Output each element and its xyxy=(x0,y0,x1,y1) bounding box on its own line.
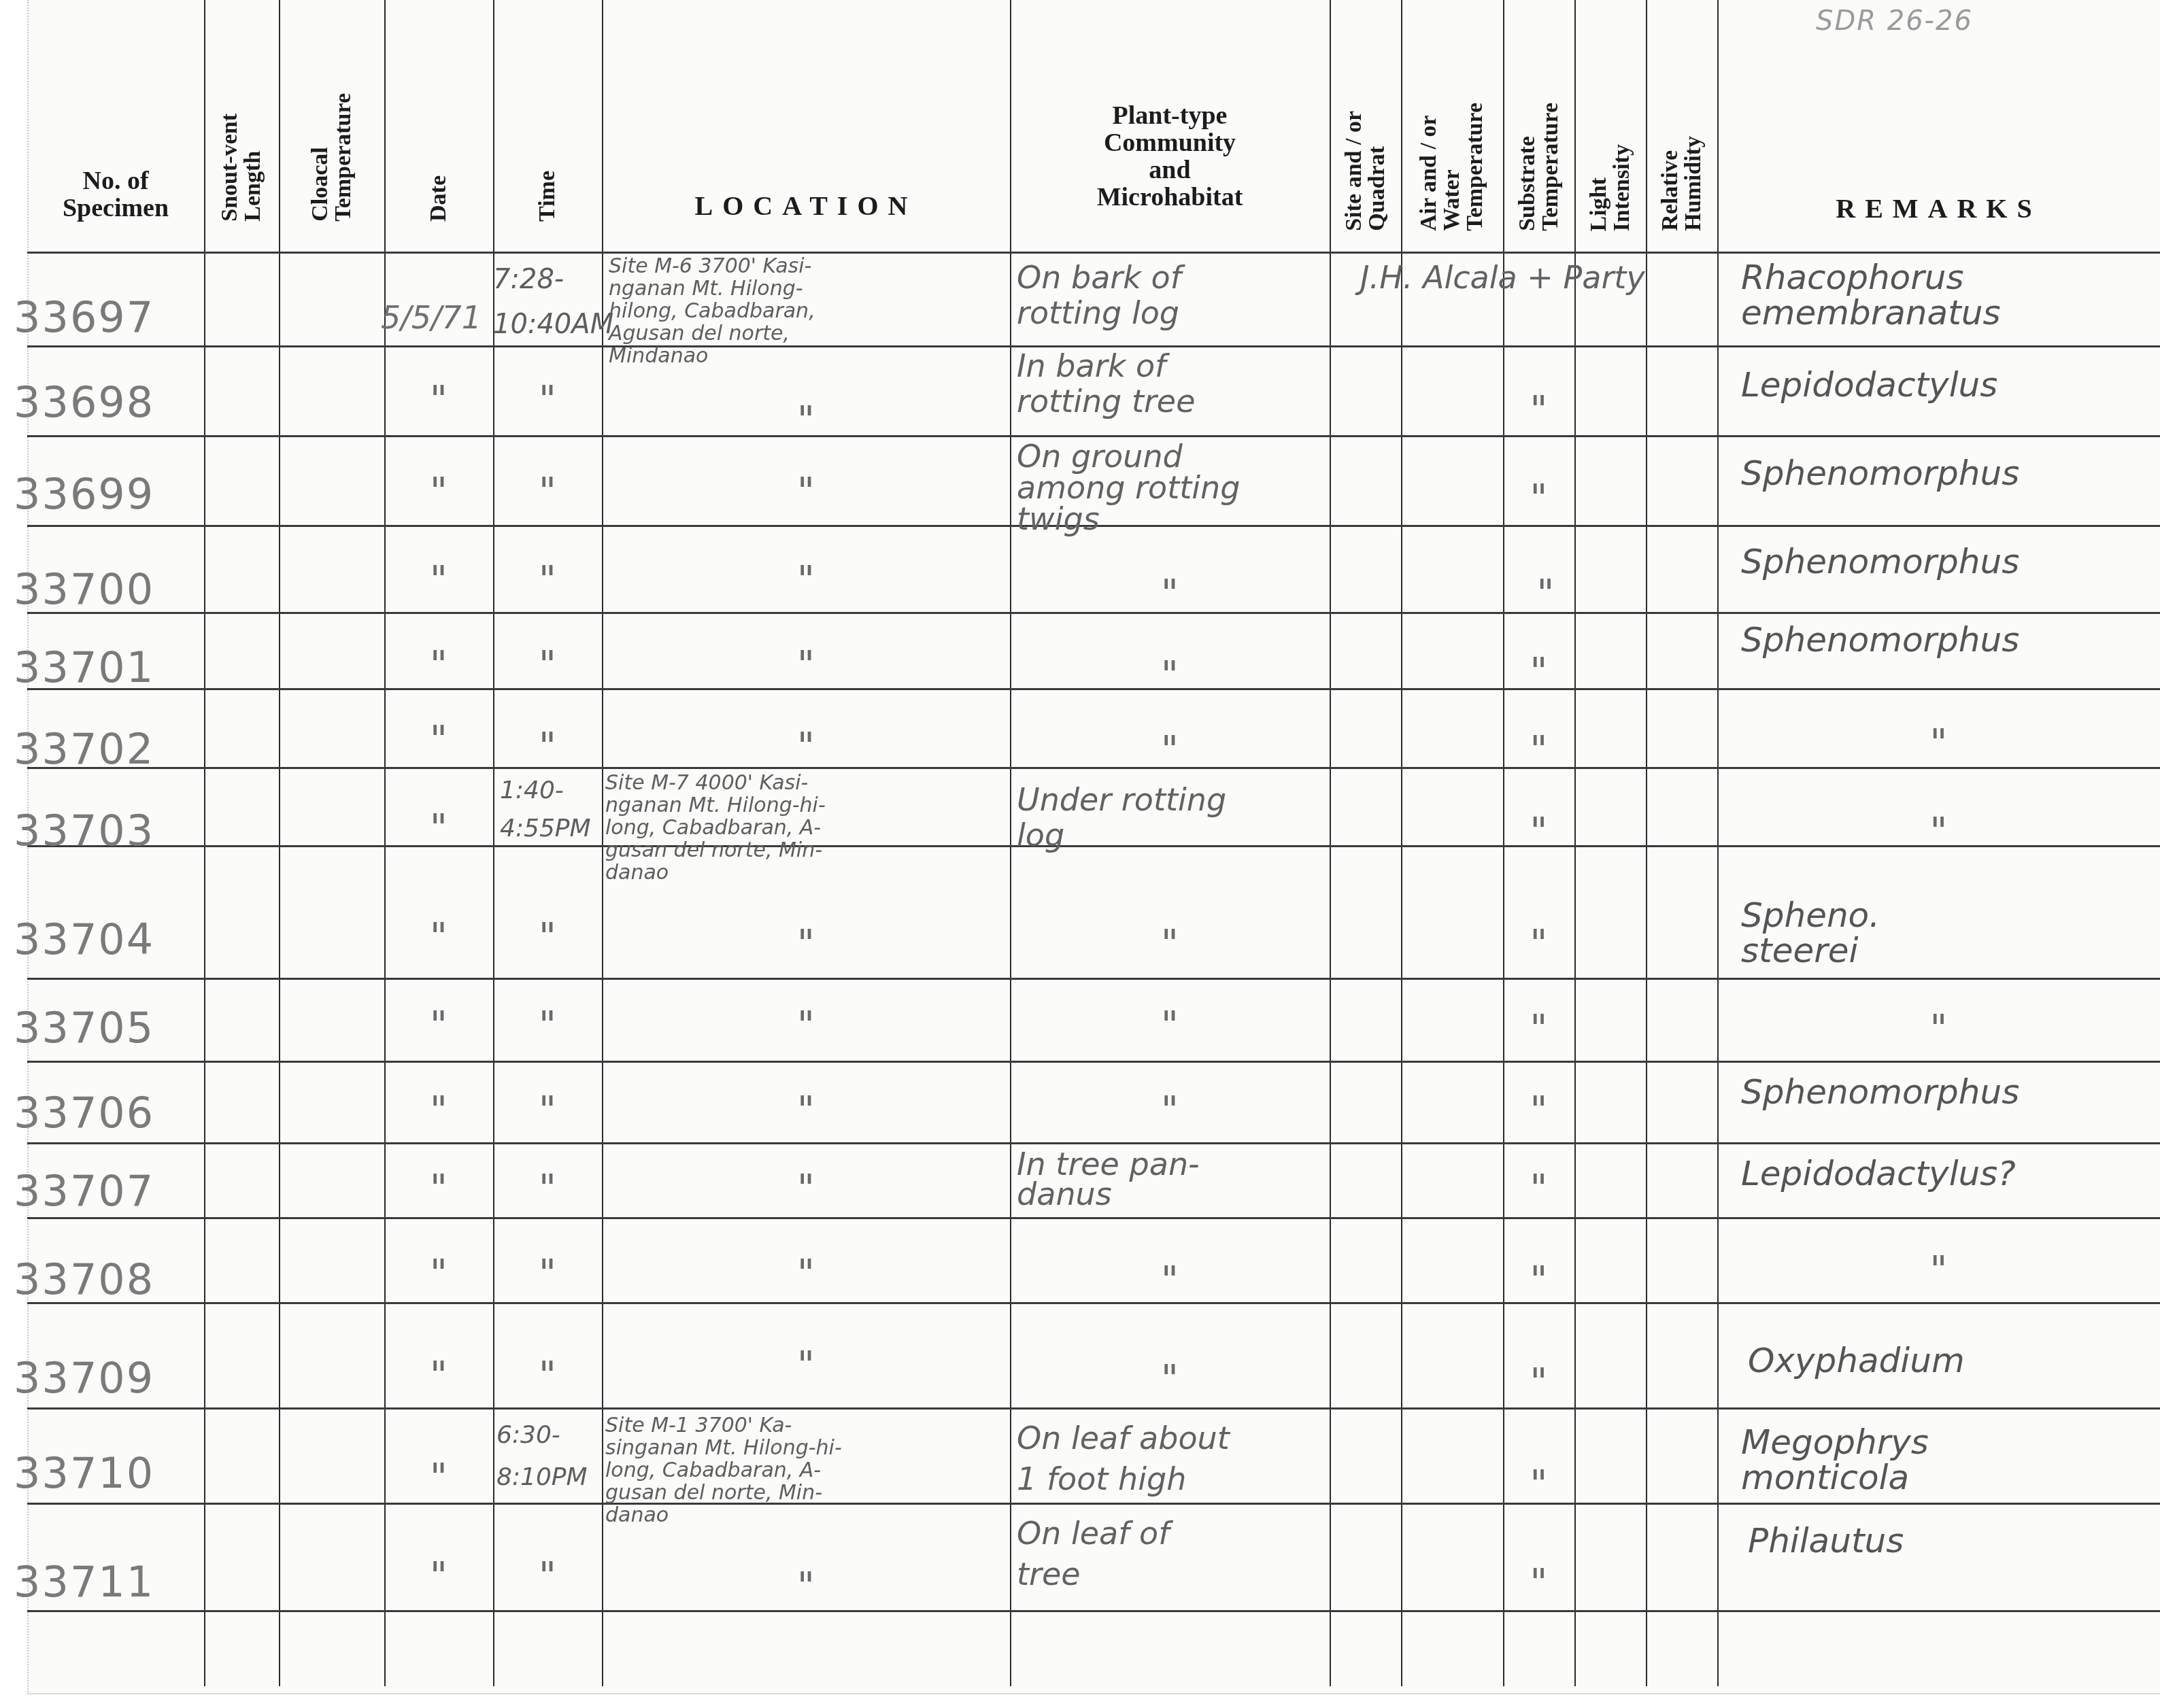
specimen-number: 33710 xyxy=(14,1448,154,1498)
substrate-ditto: " xyxy=(1503,388,1574,432)
specimen-number: 33698 xyxy=(14,377,154,427)
header-remarks: REMARKS xyxy=(1717,0,2160,252)
location-ditto: " xyxy=(602,1343,1010,1387)
habitat-value: On leaf about 1 foot high xyxy=(1017,1418,1336,1499)
header-time: Time xyxy=(493,0,602,252)
header-substrate-temperature: Substrate Temperature xyxy=(1503,0,1574,252)
substrate-ditto: " xyxy=(1503,1258,1574,1302)
header-label: Light Intensity xyxy=(1587,144,1634,231)
habitat-ditto: " xyxy=(1010,653,1330,697)
header-label: Substrate Temperature xyxy=(1516,103,1562,231)
remarks-value: Sphenomorphus xyxy=(1741,1074,2149,1110)
time-ditto: " xyxy=(493,1251,602,1295)
specimen-number: 33701 xyxy=(14,643,154,692)
date-ditto: " xyxy=(384,1003,493,1047)
header-label: Relative Humidity xyxy=(1659,136,1705,231)
remarks-value: Megophrys monticola xyxy=(1741,1424,2149,1495)
header-plant-type-community: Plant-type Community and Microhabitat xyxy=(1010,0,1330,252)
substrate-ditto: " xyxy=(1503,649,1574,694)
date-ditto: " xyxy=(384,1353,493,1397)
remarks-value: Sphenomorphus xyxy=(1741,456,2149,491)
header-air-water-temperature: Air and / or Water Temperature xyxy=(1401,0,1503,252)
header-label: Snout-vent Length xyxy=(218,114,265,222)
header-specimen: No. of Specimen xyxy=(27,0,204,252)
location-ditto: " xyxy=(602,643,1010,687)
time-value: 6:30- 8:10PM xyxy=(496,1414,588,1499)
time-ditto: " xyxy=(493,1166,602,1210)
substrate-ditto: " xyxy=(1503,1462,1574,1506)
specimen-number: 33709 xyxy=(14,1353,154,1403)
date-value: 5/5/71 xyxy=(381,299,482,336)
specimen-number: 33697 xyxy=(14,292,154,342)
habitat-value: In bark of rotting tree xyxy=(1017,348,1330,419)
row-divider xyxy=(27,1217,2160,1219)
location-ditto: " xyxy=(602,469,1010,513)
time-ditto: " xyxy=(493,377,602,422)
remarks-value: Lepidodactylus? xyxy=(1741,1156,2156,1191)
substrate-ditto: " xyxy=(1503,921,1574,966)
specimen-number: 33711 xyxy=(14,1557,154,1607)
time-value: 1:40- 4:55PM xyxy=(500,772,591,848)
header-cloacal-temperature: Cloacal Temperature xyxy=(279,0,384,252)
habitat-ditto: " xyxy=(1010,921,1330,966)
row-divider xyxy=(27,1407,2160,1410)
location-ditto: " xyxy=(602,1003,1010,1047)
date-ditto: " xyxy=(384,377,493,422)
location-value: Site M-6 3700' Kasi- nganan Mt. Hilong- … xyxy=(609,255,1017,367)
remarks-value: Sphenomorphus xyxy=(1741,622,2149,657)
habitat-ditto: " xyxy=(1010,571,1330,615)
remarks-value: Spheno. steerei xyxy=(1741,898,2149,968)
time-ditto: " xyxy=(493,643,602,687)
row-divider xyxy=(27,1503,2160,1505)
specimen-number: 33708 xyxy=(14,1254,154,1304)
remarks-ditto: " xyxy=(1717,1006,2160,1051)
habitat-ditto: " xyxy=(1010,1356,1330,1401)
specimen-number: 33700 xyxy=(14,564,154,614)
row-divider xyxy=(27,252,2160,254)
remarks-value: Sphenomorphus xyxy=(1741,544,2149,579)
row-divider xyxy=(27,978,2160,980)
location-ditto: " xyxy=(602,921,1010,966)
header-label: Date xyxy=(427,175,450,222)
date-ditto: " xyxy=(384,1088,493,1132)
time-value: 7:28- 10:40AM xyxy=(493,257,613,347)
header-light-intensity: Light Intensity xyxy=(1574,0,1646,252)
location-value: Site M-1 3700' Ka- singanan Mt. Hilong-h… xyxy=(605,1414,1013,1526)
habitat-value: Under rotting log xyxy=(1017,782,1370,853)
header-label: Site and / or Quadrat xyxy=(1343,111,1389,231)
location-ditto: " xyxy=(602,1251,1010,1295)
substrate-ditto: " xyxy=(1503,1560,1574,1605)
header-relative-humidity: Relative Humidity xyxy=(1646,0,1717,252)
date-ditto: " xyxy=(384,717,493,762)
row-divider xyxy=(27,1061,2160,1063)
time-ditto: " xyxy=(493,1003,602,1047)
time-ditto: " xyxy=(493,915,602,959)
date-ditto: " xyxy=(384,1554,493,1598)
date-ditto: " xyxy=(384,1251,493,1295)
habitat-ditto: " xyxy=(1010,1003,1330,1047)
specimen-number: 33707 xyxy=(14,1166,154,1216)
header-label: Air and / or Water Temperature xyxy=(1417,103,1487,231)
time-ditto: " xyxy=(493,1353,602,1397)
location-ditto: " xyxy=(602,398,1010,442)
habitat-ditto: " xyxy=(1010,1088,1330,1132)
location-value: Site M-7 4000' Kasi- nganan Mt. Hilong-h… xyxy=(605,772,1013,884)
collector-note: J.H. Alcala + Party xyxy=(1360,260,1700,295)
header-site-quadrat: Site and / or Quadrat xyxy=(1330,0,1401,252)
time-ditto: " xyxy=(493,558,602,602)
time-ditto: " xyxy=(493,1554,602,1598)
location-ditto: " xyxy=(602,1166,1010,1210)
remarks-value: Rhacophorus emembranatus xyxy=(1741,260,2149,330)
substrate-ditto: " xyxy=(1503,1360,1574,1404)
date-ditto: " xyxy=(384,1166,493,1210)
specimen-number: 33706 xyxy=(14,1088,154,1138)
specimen-number: 33702 xyxy=(14,724,154,774)
date-ditto: " xyxy=(384,1455,493,1499)
header-location: LOCATION xyxy=(602,0,1010,252)
time-ditto: " xyxy=(493,724,602,768)
remarks-ditto: " xyxy=(1717,721,2160,765)
substrate-ditto: " xyxy=(1503,809,1574,853)
substrate-ditto: " xyxy=(1503,1088,1574,1132)
location-ditto: " xyxy=(602,724,1010,768)
header-label: Cloacal Temperature xyxy=(309,93,355,222)
row-divider xyxy=(27,1302,2160,1304)
row-divider xyxy=(27,435,2160,437)
row-divider xyxy=(27,1610,2160,1612)
habitat-ditto: " xyxy=(1010,728,1330,772)
header-label: Time xyxy=(536,171,559,222)
habitat-value: On bark of rotting log xyxy=(1017,260,1330,330)
remarks-value: Lepidodactylus xyxy=(1741,367,2149,403)
date-ditto: " xyxy=(384,469,493,513)
substrate-ditto: " xyxy=(1503,728,1574,772)
time-ditto: " xyxy=(493,1088,602,1132)
remarks-ditto: " xyxy=(1717,809,2160,853)
header-date: Date xyxy=(384,0,493,252)
date-ditto: " xyxy=(384,806,493,850)
remarks-ditto: " xyxy=(1717,1248,2160,1292)
remarks-value: Philautus xyxy=(1748,1523,2156,1558)
specimen-number: 33703 xyxy=(14,806,154,855)
row-divider xyxy=(27,1142,2160,1144)
header-snout-vent-length: Snout-vent Length xyxy=(204,0,279,252)
specimen-number: 33699 xyxy=(14,469,154,519)
location-ditto: " xyxy=(602,558,1010,602)
location-ditto: " xyxy=(602,1088,1010,1132)
habitat-value: On leaf of tree xyxy=(1017,1513,1336,1594)
substrate-ditto: " xyxy=(1503,476,1574,520)
substrate-ditto: " xyxy=(1503,1166,1574,1210)
specimen-number: 33704 xyxy=(14,915,154,964)
substrate-ditto: " xyxy=(1510,571,1581,615)
date-ditto: " xyxy=(384,915,493,959)
specimen-number: 33705 xyxy=(14,1003,154,1053)
remarks-value: Oxyphadium xyxy=(1748,1343,2156,1378)
time-ditto: " xyxy=(493,469,602,513)
date-ditto: " xyxy=(384,558,493,602)
substrate-ditto: " xyxy=(1503,1006,1574,1051)
location-ditto: " xyxy=(602,1564,1010,1608)
date-ditto: " xyxy=(384,643,493,687)
habitat-value: On ground among rotting twigs xyxy=(1017,441,1370,534)
habitat-ditto: " xyxy=(1010,1258,1330,1302)
habitat-value: In tree pan- danus xyxy=(1017,1149,1336,1209)
